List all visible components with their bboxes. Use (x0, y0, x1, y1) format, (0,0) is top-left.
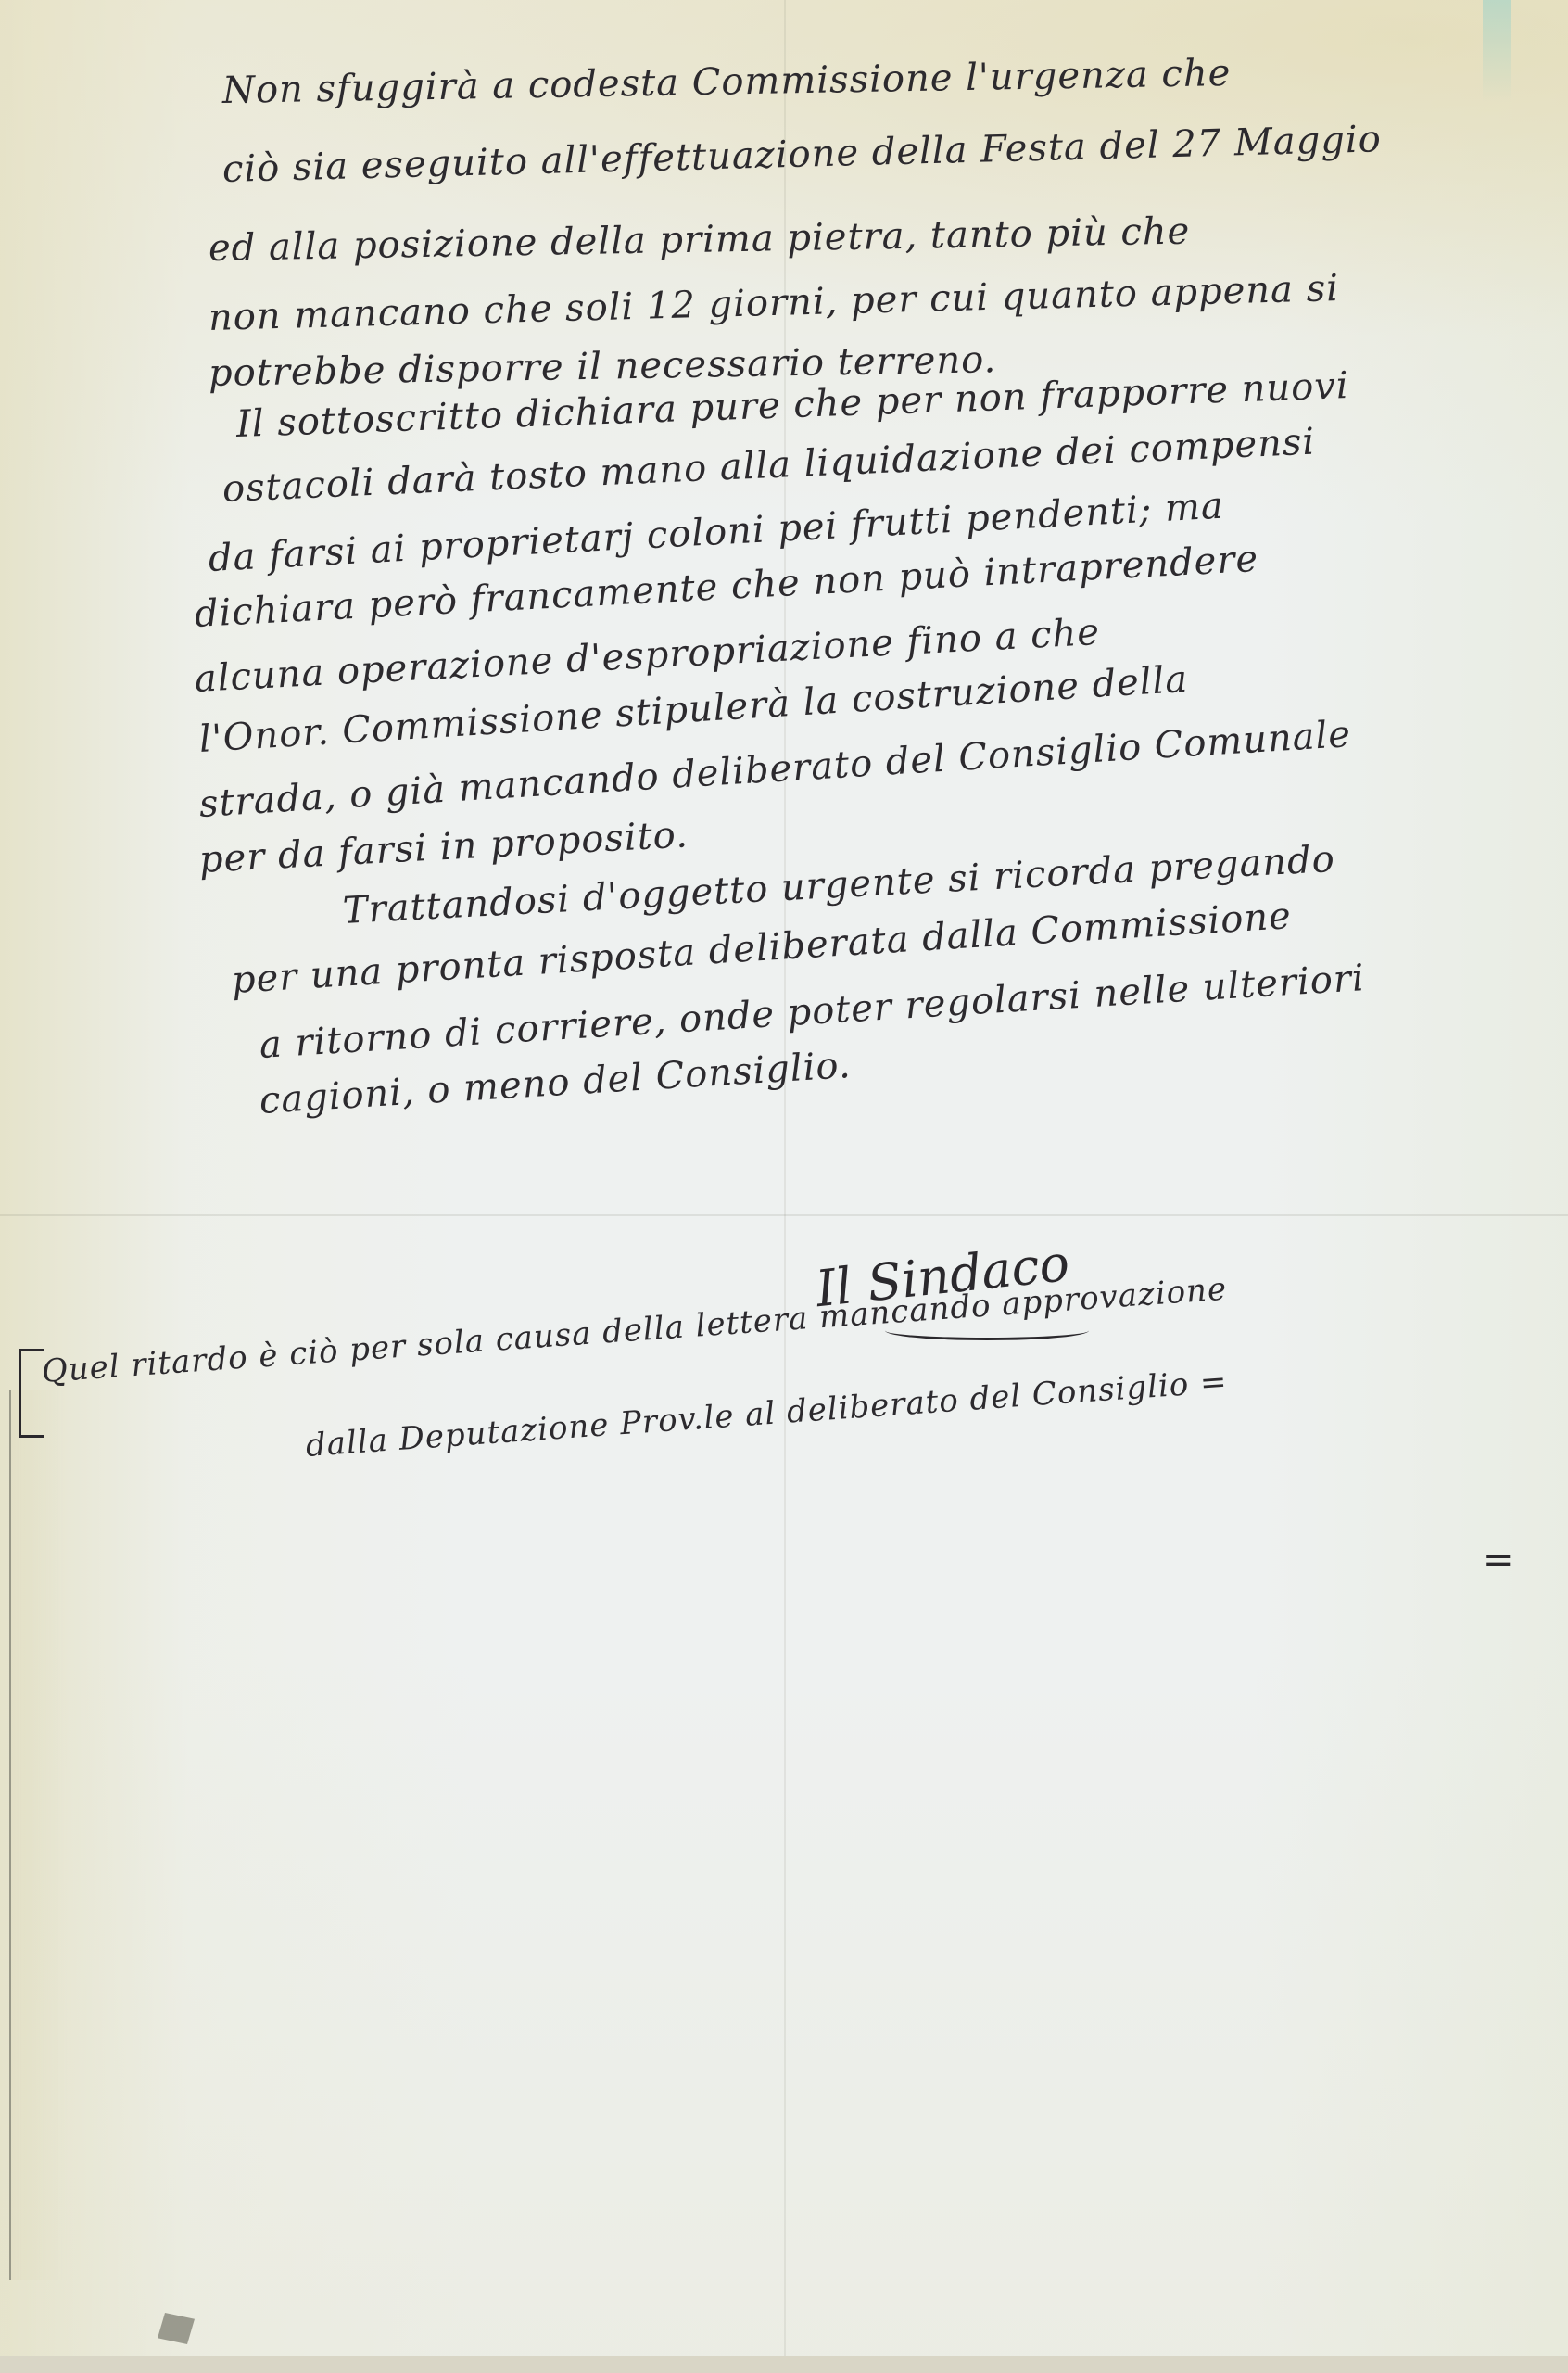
postscript-bracket (19, 1349, 44, 1438)
closing-mark: = (1483, 1539, 1514, 1581)
torn-left-edge (9, 1390, 67, 2280)
bottom-edge (0, 2356, 1568, 2373)
color-stain (1483, 0, 1511, 102)
